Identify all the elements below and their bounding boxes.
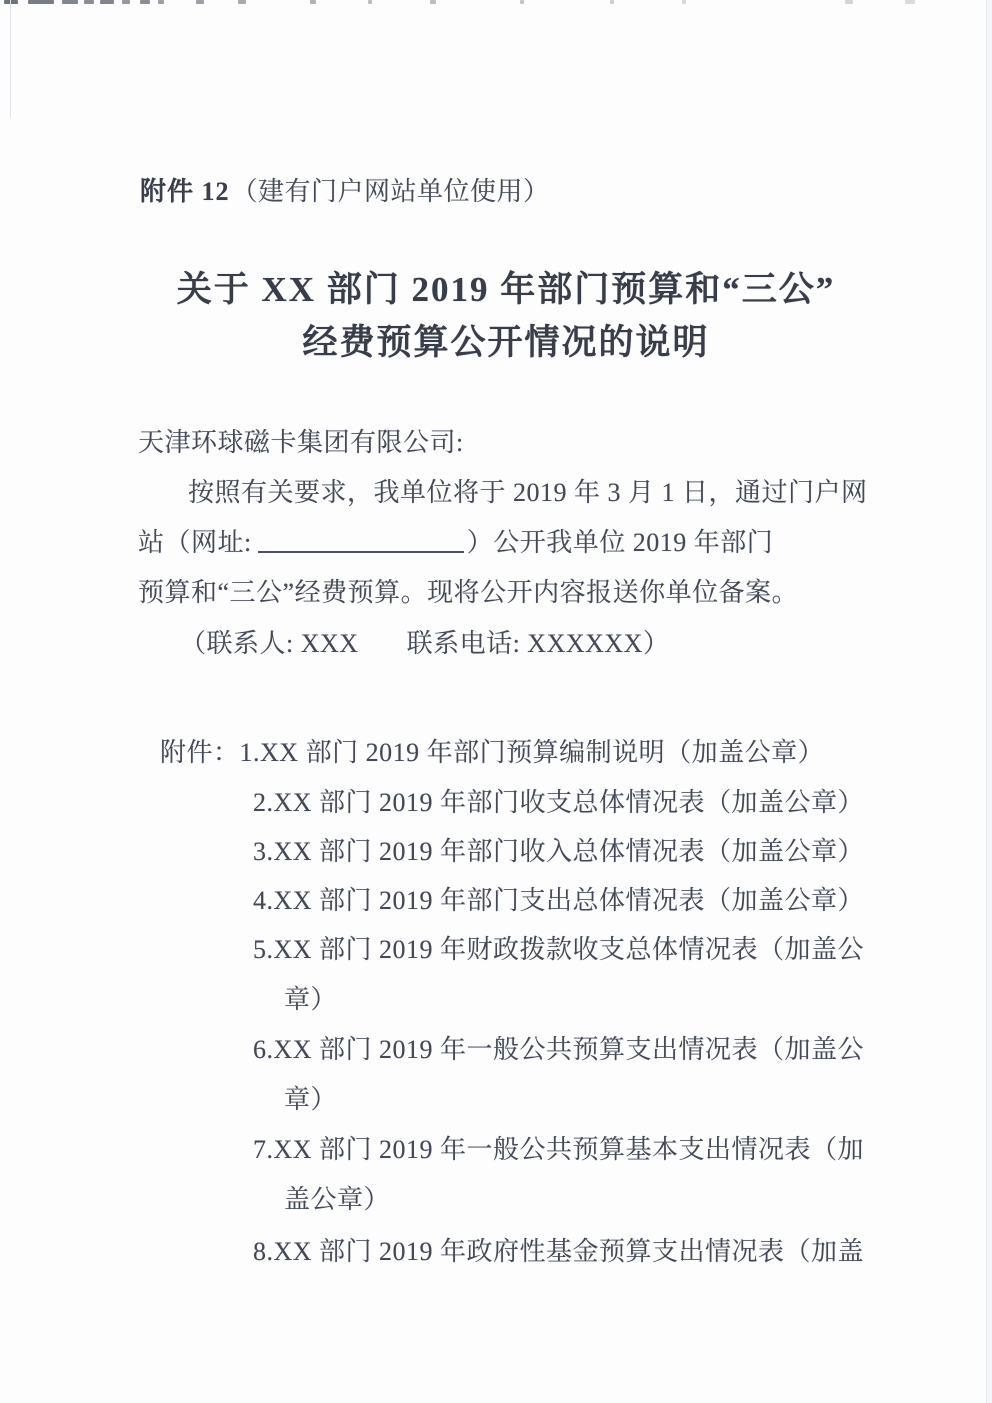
attachment-item-continuation: 盖公章） — [284, 1180, 390, 1220]
scan-edge-right — [986, 0, 987, 1403]
attachment-number-label: 附件 12 — [140, 177, 230, 206]
attachments-label: 附件： — [160, 738, 240, 767]
document-title-line2: 经费预算公开情况的说明 — [60, 315, 952, 365]
scan-margin-right — [987, 0, 992, 1403]
url-blank-line — [258, 527, 464, 553]
attachments-list-start: 附件：1.XX 部门 2019 年部门预算编制说明（加盖公章） — [160, 733, 824, 773]
attachment-item: 7.XX 部门 2019 年一般公共预算基本支出情况表（加 — [253, 1130, 864, 1170]
contact-phone: 联系电话: XXXXXX） — [407, 629, 670, 658]
attachment-item: 6.XX 部门 2019 年一般公共预算支出情况表（加盖公 — [253, 1030, 864, 1070]
contact-line: （联系人: XXX联系电话: XXXXXX） — [180, 624, 669, 664]
paragraph-line2-tail: ）公开我单位 2019 年部门 — [467, 528, 774, 557]
url-label: 站（网址: — [138, 528, 252, 557]
attachment-item: 8.XX 部门 2019 年政府性基金预算支出情况表（加盖 — [253, 1232, 864, 1272]
attachment-item-continuation: 章） — [284, 980, 337, 1020]
contact-person: （联系人: XXX — [180, 629, 359, 658]
attachment-item: 3.XX 部门 2019 年部门收入总体情况表（加盖公章） — [253, 832, 864, 872]
salutation: 天津环球磁卡集团有限公司: — [138, 423, 464, 463]
attachment-item: 4.XX 部门 2019 年部门支出总体情况表（加盖公章） — [253, 881, 864, 921]
paragraph-line3: 预算和“三公”经费预算。现将公开内容报送你单位备案。 — [138, 573, 798, 613]
attachment-item-continuation: 章） — [284, 1080, 337, 1120]
attachment-item: 2.XX 部门 2019 年部门收支总体情况表（加盖公章） — [253, 783, 864, 823]
attachment-item: 5.XX 部门 2019 年财政拨款收支总体情况表（加盖公 — [253, 930, 864, 970]
scanned-document-page: 附件 12（建有门户网站单位使用） 关于 XX 部门 2019 年部门预算和“三… — [0, 0, 992, 1403]
attachment-usage-note: （建有门户网站单位使用） — [232, 177, 550, 206]
paragraph-line1: 按照有关要求，我单位将于 2019 年 3 月 1 日，通过门户网 — [188, 473, 868, 513]
attachment-item: 1.XX 部门 2019 年部门预算编制说明（加盖公章） — [240, 738, 825, 767]
attachment-header: 附件 12（建有门户网站单位使用） — [140, 172, 550, 212]
paragraph-line2: 站（网址:）公开我单位 2019 年部门 — [138, 523, 773, 563]
scan-edge-left — [10, 0, 11, 118]
document-title-line1: 关于 XX 部门 2019 年部门预算和“三公” — [60, 262, 952, 312]
